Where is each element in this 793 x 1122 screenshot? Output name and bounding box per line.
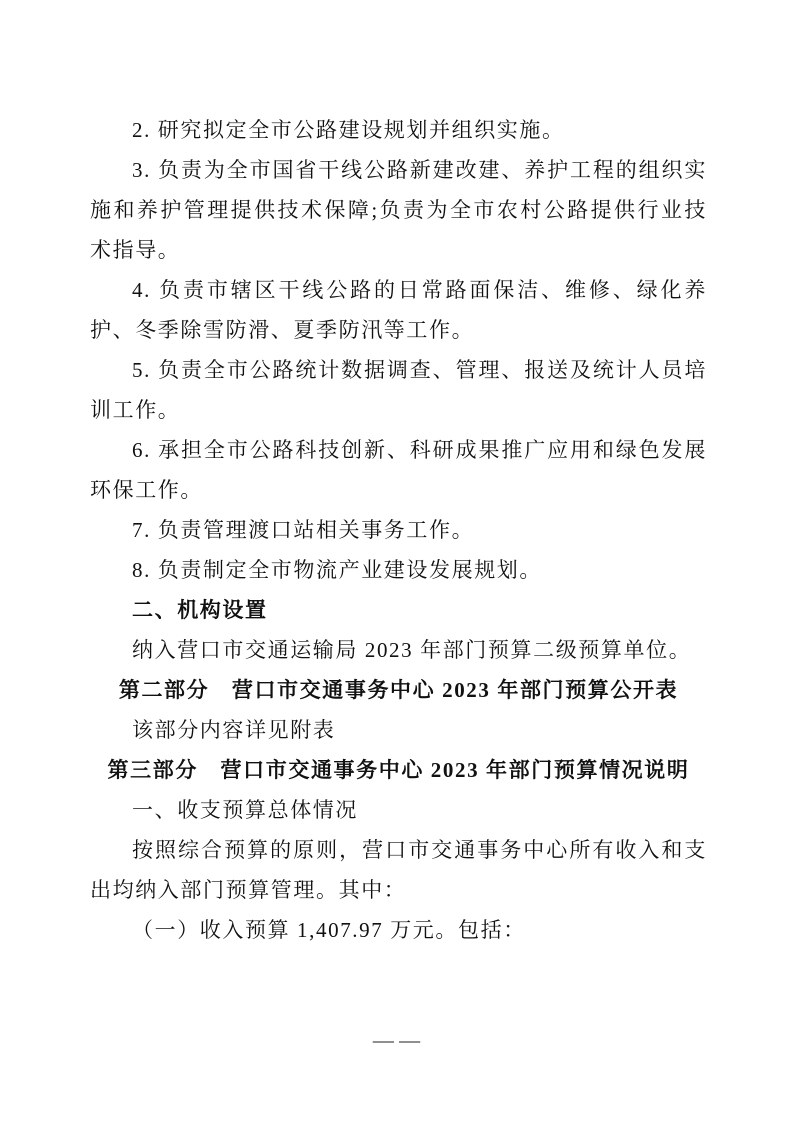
paragraph-duty-3: 3. 负责为全市国省干线公路新建改建、养护工程的组织实施和养护管理提供技术保障;… xyxy=(90,150,707,270)
paragraph-budget-principle: 按照综合预算的原则，营口市交通事务中心所有收入和支出均纳入部门预算管理。其中： xyxy=(90,830,707,910)
paragraph-budget-unit: 纳入营口市交通运输局 2023 年部门预算二级预算单位。 xyxy=(90,630,707,670)
subheading-org-setup: 二、机构设置 xyxy=(90,590,707,630)
heading-part-two: 第二部分 营口市交通事务中心 2023 年部门预算公开表 xyxy=(90,670,707,710)
heading-part-three: 第三部分 营口市交通事务中心 2023 年部门预算情况说明 xyxy=(90,750,707,790)
paragraph-duty-5: 5. 负责全市公路统计数据调查、管理、报送及统计人员培训工作。 xyxy=(90,350,707,430)
page-number-footer: — — xyxy=(0,1028,793,1052)
paragraph-duty-8: 8. 负责制定全市物流产业建设发展规划。 xyxy=(90,550,707,590)
paragraph-income-budget: （一）收入预算 1,407.97 万元。包括： xyxy=(90,910,707,950)
document-page: 2. 研究拟定全市公路建设规划并组织实施。 3. 负责为全市国省干线公路新建改建… xyxy=(0,0,793,1122)
paragraph-duty-4: 4. 负责市辖区干线公路的日常路面保洁、维修、绿化养护、冬季除雪防滑、夏季防汛等… xyxy=(90,270,707,350)
document-body: 2. 研究拟定全市公路建设规划并组织实施。 3. 负责为全市国省干线公路新建改建… xyxy=(90,110,707,950)
paragraph-see-attachment: 该部分内容详见附表 xyxy=(90,710,707,750)
paragraph-duty-6: 6. 承担全市公路科技创新、科研成果推广应用和绿色发展环保工作。 xyxy=(90,430,707,510)
paragraph-duty-7: 7. 负责管理渡口站相关事务工作。 xyxy=(90,510,707,550)
paragraph-overview-title: 一、收支预算总体情况 xyxy=(90,790,707,830)
paragraph-duty-2: 2. 研究拟定全市公路建设规划并组织实施。 xyxy=(90,110,707,150)
